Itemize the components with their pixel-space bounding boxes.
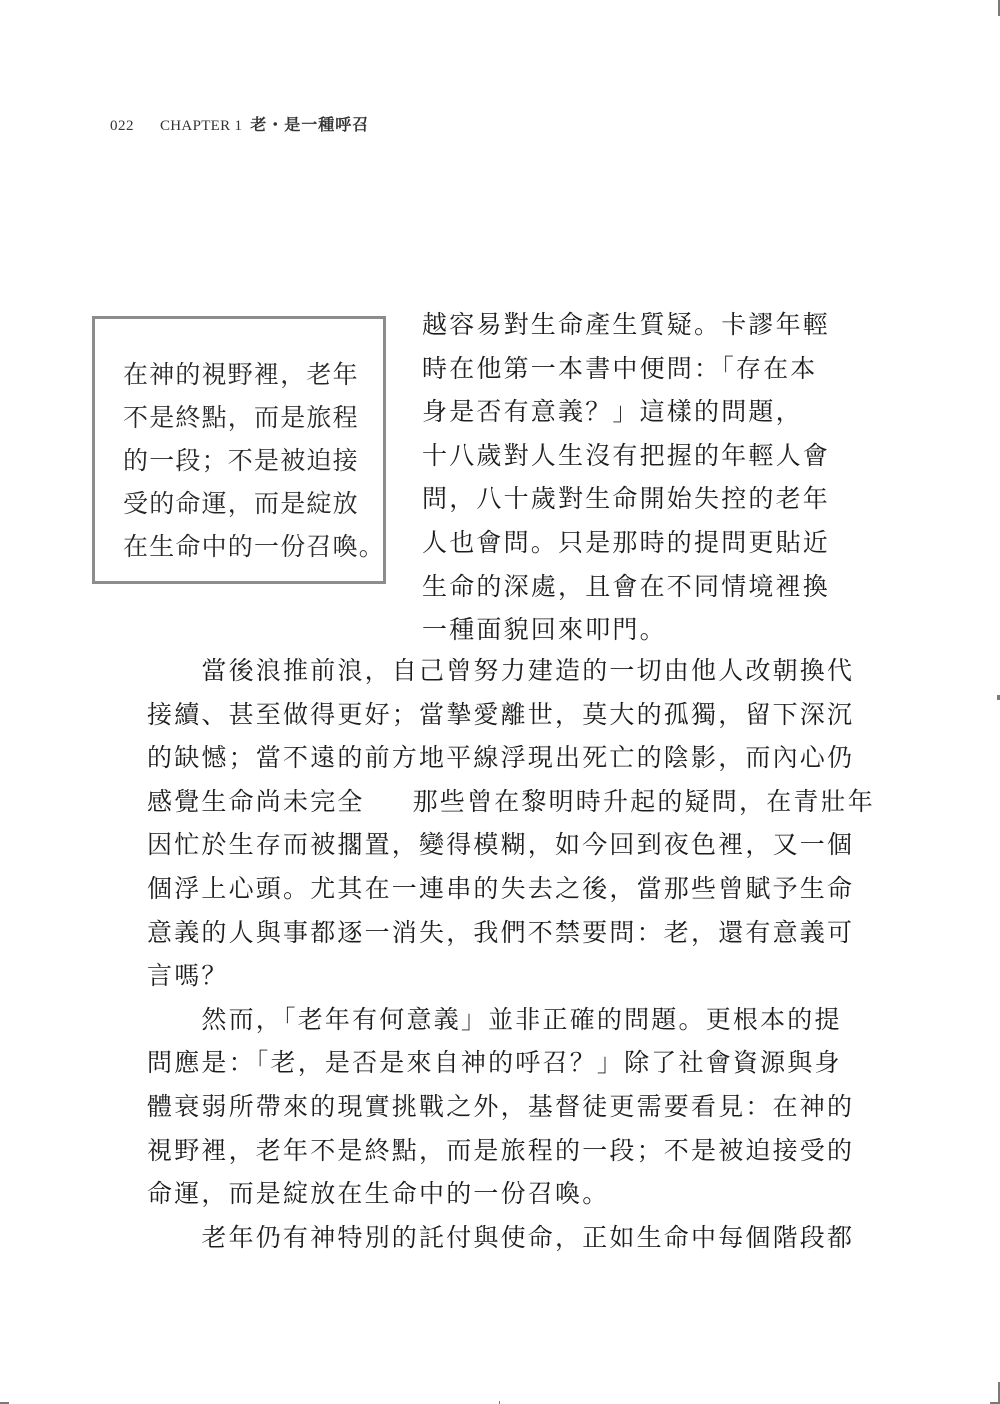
pull-quote-line: 在生命中的一份召喚。	[123, 525, 383, 568]
body-line: 因忙於生存而被擱置，變得模糊，如今回到夜色裡，又一個	[147, 823, 875, 867]
pull-quote-line: 不是終點，而是旅程	[123, 396, 383, 439]
body-line: 越容易對生命產生質疑。卡謬年輕	[422, 303, 830, 347]
body-line: 時在他第一本書中便問：「存在本	[422, 347, 830, 391]
body-line: 老年仍有神特別的託付與使命，正如生命中每個階段都	[147, 1216, 875, 1260]
body-line-segment: 那些曾在黎明時升起的疑問，在青壯年	[413, 787, 875, 816]
body-line: 接續、甚至做得更好；當摯愛離世，莫大的孤獨，留下深沉	[147, 693, 875, 737]
pull-quote-line: 在神的視野裡，老年	[123, 353, 383, 396]
body-line: 言嗎？	[147, 954, 875, 998]
book-page: 022 CHAPTER 1 老・是一種呼召 在神的視野裡，老年 不是終點，而是旅…	[0, 0, 1000, 1404]
body-line: 當後浪推前浪，自己曾努力建造的一切由他人改朝換代	[147, 649, 875, 693]
body-line: 的缺憾；當不遠的前方地平線浮現出死亡的陰影，而內心仍	[147, 736, 875, 780]
chapter-title: 老・是一種呼召	[250, 112, 369, 135]
page-number: 022	[110, 118, 134, 135]
body-line: 一種面貌回來叩門。	[422, 608, 830, 652]
pull-quote-line: 的一段；不是被迫接	[123, 439, 383, 482]
body-line: 個浮上心頭。尤其在一連串的失去之後，當那些曾賦予生命	[147, 867, 875, 911]
body-full-width: 當後浪推前浪，自己曾努力建造的一切由他人改朝換代 接續、甚至做得更好；當摯愛離世…	[147, 649, 875, 1259]
body-line: 命運，而是綻放在生命中的一份召喚。	[147, 1172, 875, 1216]
body-line: 意義的人與事都逐一消失，我們不禁要問：老，還有意義可	[147, 911, 875, 955]
body-line-segment: 感覺生命尚未完全	[147, 787, 365, 816]
body-line: 感覺生命尚未完全那些曾在黎明時升起的疑問，在青壯年	[147, 780, 875, 824]
pull-quote-box: 在神的視野裡，老年 不是終點，而是旅程 的一段；不是被迫接 受的命運，而是綻放 …	[92, 316, 386, 584]
body-line: 身是否有意義？」這樣的問題，	[422, 390, 830, 434]
body-line: 體衰弱所帶來的現實挑戰之外，基督徒更需要看見：在神的	[147, 1085, 875, 1129]
body-line: 問，八十歲對生命開始失控的老年	[422, 477, 830, 521]
running-header: 022 CHAPTER 1 老・是一種呼召	[110, 112, 369, 135]
body-line: 人也會問。只是那時的提問更貼近	[422, 521, 830, 565]
chapter-label: CHAPTER 1	[160, 118, 242, 135]
body-line: 然而，「老年有何意義」並非正確的問題。更根本的提	[147, 998, 875, 1042]
body-line: 十八歲對人生沒有把握的年輕人會	[422, 434, 830, 478]
body-line: 生命的深處，且會在不同情境裡換	[422, 565, 830, 609]
body-line: 問應是：「老，是否是來自神的呼召？」除了社會資源與身	[147, 1041, 875, 1085]
body-right-column: 越容易對生命產生質疑。卡謬年輕 時在他第一本書中便問：「存在本 身是否有意義？」…	[422, 303, 830, 652]
pull-quote-line: 受的命運，而是綻放	[123, 482, 383, 525]
body-line: 視野裡，老年不是終點，而是旅程的一段；不是被迫接受的	[147, 1129, 875, 1173]
